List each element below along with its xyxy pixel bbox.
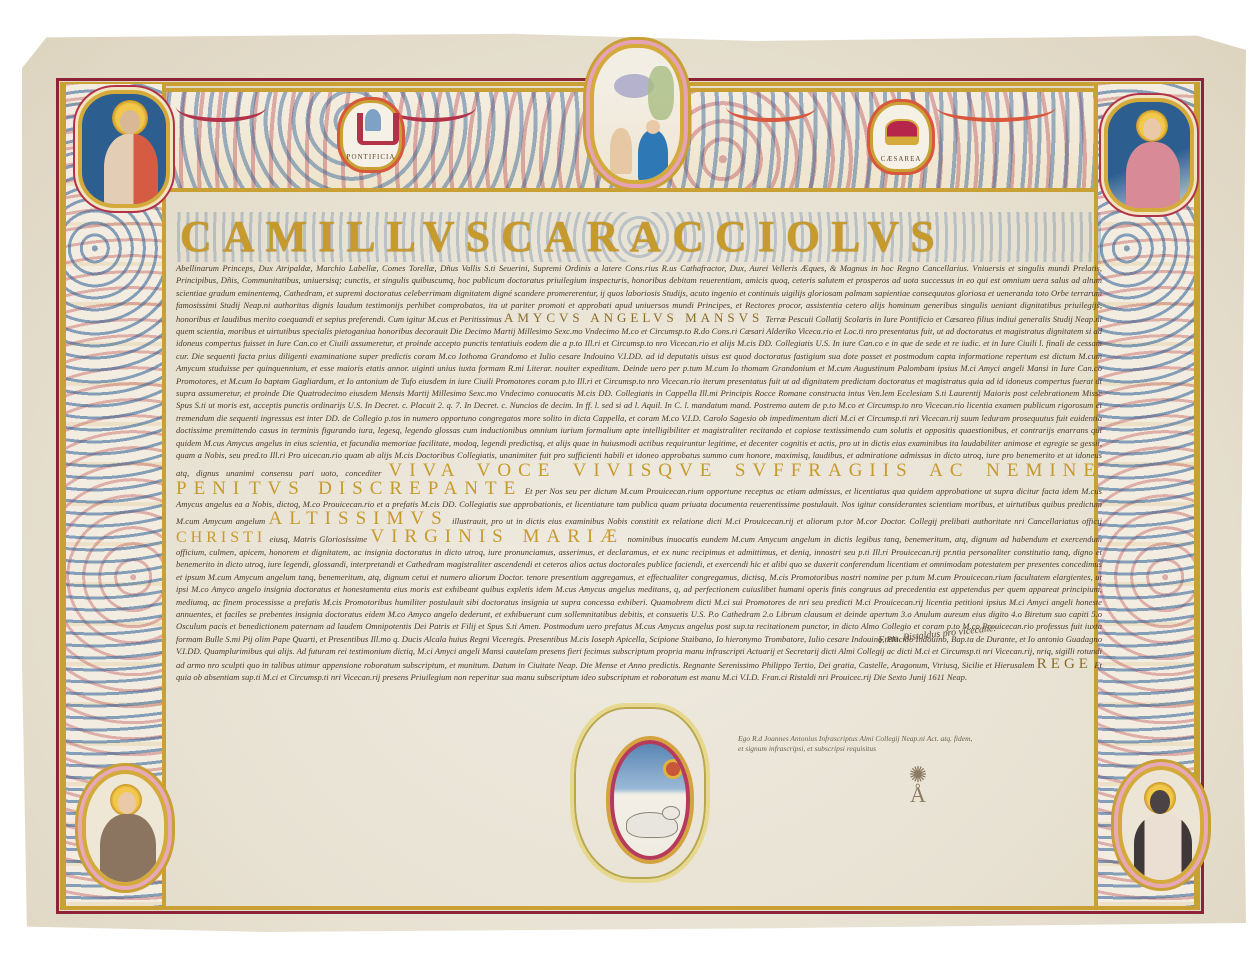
- lamb-head-icon: [662, 806, 680, 820]
- nun-figure-icon: [1134, 814, 1192, 880]
- drapery-swag: [386, 92, 476, 122]
- notary-attestation: Ego R.d Joannes Antonius Infrascriptus A…: [738, 734, 978, 754]
- sun-icon: [666, 762, 680, 776]
- medallion-top-left: [78, 90, 170, 208]
- virgin-mary-figure: [638, 130, 668, 182]
- conferral-text: nominibus inuocatis eundem M.cum Amycum …: [176, 534, 1102, 670]
- annunciation-medallion: [590, 44, 684, 184]
- issuer-title: CAMILLVSCARACCIOLVS: [176, 212, 1102, 262]
- head-icon: [646, 120, 660, 134]
- crown-icon: [885, 119, 919, 145]
- saint-figure-icon: [104, 134, 158, 208]
- head-icon: [1143, 118, 1161, 140]
- imperial-crest: CÆSAREA: [870, 102, 932, 172]
- medallion-bottom-right: [1118, 766, 1204, 884]
- recipient-coat-of-arms: [610, 740, 690, 860]
- saint-figure-icon: [1126, 142, 1180, 212]
- medallion-bottom-left: [82, 770, 168, 886]
- head-icon: [120, 110, 140, 134]
- notary-mark-icon: ✺Å: [900, 765, 936, 825]
- medallion-top-right: [1104, 98, 1194, 212]
- recipient-name: AMYCVS ANGELVS MANSVS: [504, 310, 763, 325]
- virginis-mariae-heading: VIRGINIS MARIÆ: [370, 526, 624, 547]
- rege-word: REGE: [1037, 656, 1092, 672]
- christi-heading: CHRISTI: [176, 529, 266, 546]
- examination-text: Terræ Pescuii Collatij Scolaris in Iure …: [176, 314, 1102, 478]
- friar-figure-icon: [100, 814, 156, 884]
- crest-label: CÆSAREA: [873, 155, 929, 163]
- altissimus-text: illustrauit, pro ut in dictis eius exami…: [452, 516, 1102, 526]
- drapery-swag: [726, 92, 816, 122]
- drapery-swag: [176, 92, 266, 122]
- body-paragraph: Abellinarum Princeps, Dux Atripaldæ, Mar…: [176, 262, 1102, 683]
- angel-wing-icon: [648, 66, 674, 120]
- christi-text: eiusq, Matris Gloriosissime: [270, 534, 368, 544]
- diploma-text-block: CAMILLVSCARACCIOLVS Abellinarum Princeps…: [176, 212, 1102, 683]
- drapery-swag: [936, 92, 1056, 122]
- angel-gabriel-figure: [610, 128, 632, 174]
- tiara-icon: [365, 109, 381, 131]
- discrepante-heading: TVS DISCREPANTE: [249, 478, 522, 499]
- veil-icon: [1150, 790, 1170, 814]
- pontifical-crest: PONTIFICIA: [340, 100, 402, 170]
- head-icon: [118, 792, 136, 814]
- crest-label: PONTIFICIA: [343, 153, 399, 161]
